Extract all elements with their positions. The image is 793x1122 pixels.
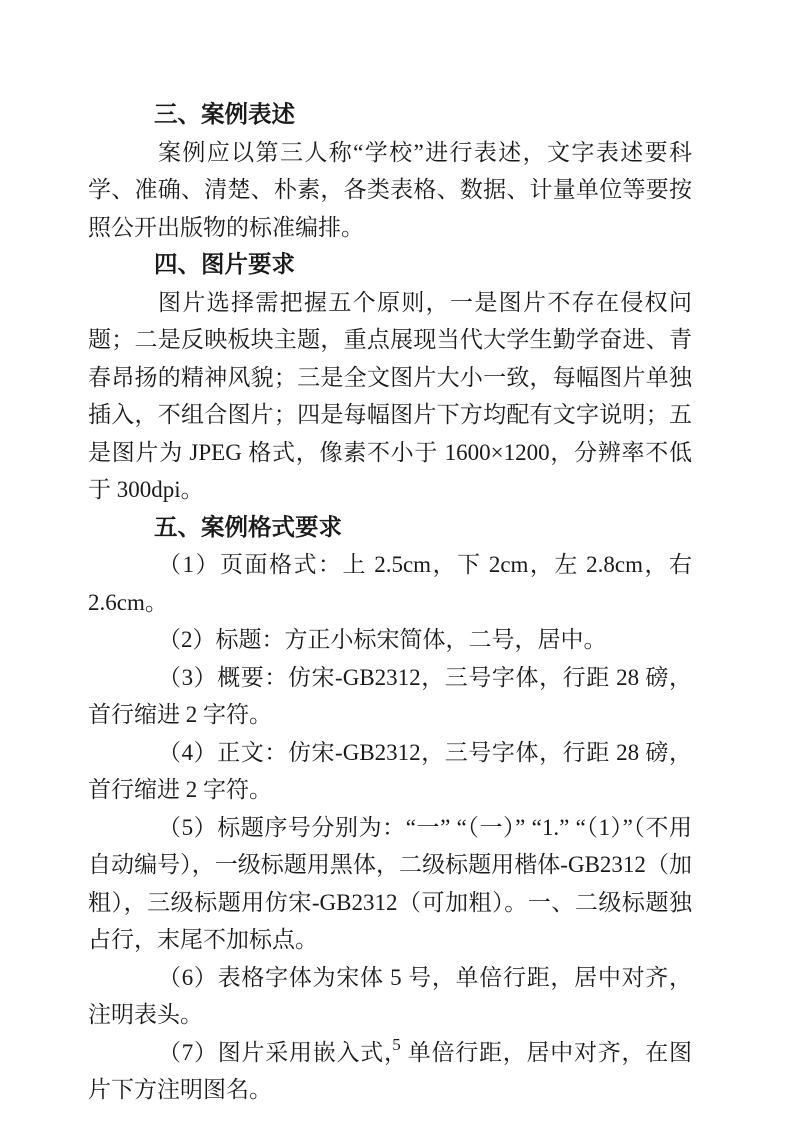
format-item-4-body-text: （4）正文：仿宋-GB2312，三号字体，行距 28 磅，首行缩进 2 字符。 <box>88 734 692 809</box>
section-heading-case-description: 三、案例表述 <box>88 96 692 134</box>
format-item-2-title: （2）标题：方正小标宋简体，二号，居中。 <box>88 621 692 659</box>
section-heading-format-requirements: 五、案例格式要求 <box>88 509 692 547</box>
format-item-6-table-font: （6）表格字体为宋体 5 号，单倍行距，居中对齐，注明表头。 <box>88 959 692 1034</box>
format-item-3-summary: （3）概要：仿宋-GB2312，三号字体，行距 28 磅，首行缩进 2 字符。 <box>88 659 692 734</box>
document-body: 三、案例表述 案例应以第三人称“学校”进行表述，文字表述要科学、准确、清楚、朴素… <box>88 96 692 1109</box>
page-number: 5 <box>392 1035 401 1054</box>
document-page: 三、案例表述 案例应以第三人称“学校”进行表述，文字表述要科学、准确、清楚、朴素… <box>0 0 793 1122</box>
page-footer: 5 <box>0 1035 793 1055</box>
section-heading-image-requirements: 四、图片要求 <box>88 246 692 284</box>
format-item-5-heading-numbering: （5）标题序号分别为：“一” “（一）” “1.” “（1）”（不用自动编号），… <box>88 809 692 959</box>
paragraph-case-description: 案例应以第三人称“学校”进行表述，文字表述要科学、准确、清楚、朴素，各类表格、数… <box>88 134 692 247</box>
format-item-1-page-setup: （1）页面格式：上 2.5cm，下 2cm，左 2.8cm，右 2.6cm。 <box>88 546 692 621</box>
paragraph-image-requirements: 图片选择需把握五个原则，一是图片不存在侵权问题；二是反映板块主题，重点展现当代大… <box>88 284 692 509</box>
